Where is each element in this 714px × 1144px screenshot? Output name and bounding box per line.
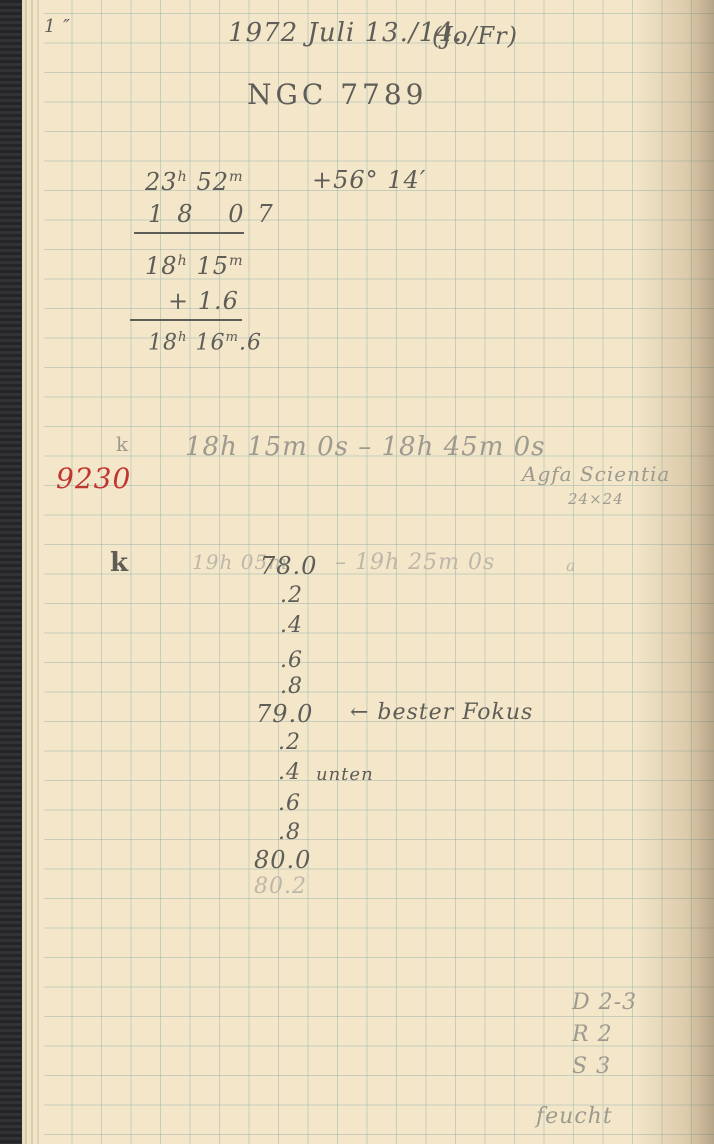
ra-line-1: 23h 52m xyxy=(145,168,244,196)
addend: + 1.6 xyxy=(168,287,239,315)
exposure-1-mark: k xyxy=(116,432,129,456)
focus-value: 80.0 xyxy=(254,846,311,874)
page-edges xyxy=(22,0,44,1144)
focus-value: .4 xyxy=(280,613,303,638)
sum-rule-2 xyxy=(130,319,242,321)
observer-initials: (Jo/Fr) xyxy=(432,22,518,50)
focus-value: .4 xyxy=(278,760,301,785)
sum-rule-1 xyxy=(134,232,244,234)
focus-value: .2 xyxy=(280,583,303,608)
exposure-2-side-mark: a xyxy=(566,556,577,575)
focus-value: .2 xyxy=(278,730,301,755)
focus-value: .8 xyxy=(280,674,303,699)
focus-value: 79.0 xyxy=(256,700,313,728)
unten-note: unten xyxy=(316,764,374,785)
exposure-1-time-range: 18h 15m 0s – 18h 45m 0s xyxy=(185,432,546,462)
exposure-2-mark: k xyxy=(110,548,129,578)
ra-line-2: 18 07 xyxy=(148,200,287,228)
exposure-2-end-faint: – 19h 25m 0s xyxy=(335,550,495,575)
plate-type: Agfa Scientia xyxy=(522,462,670,486)
result-line-1: 18h 15m xyxy=(145,252,244,280)
focus-value-faint: 80.2 xyxy=(254,874,307,899)
declination: +56° 14′ xyxy=(312,166,426,194)
result-line-2: 18h 16m.6 xyxy=(148,330,262,355)
focus-value: 78.0 xyxy=(260,552,317,580)
observation-date: 1972 Juli 13./14. xyxy=(228,18,463,48)
remark-feucht: feucht xyxy=(536,1104,613,1129)
focus-value: .6 xyxy=(280,648,303,673)
notebook-binding xyxy=(0,0,22,1144)
plate-number: 9230 xyxy=(56,462,131,495)
object-name: NGC 7789 xyxy=(247,78,427,111)
focus-value: .6 xyxy=(278,791,301,816)
plate-size: 24×24 xyxy=(568,490,624,508)
corner-mark: 1 ″ xyxy=(44,16,71,37)
focus-value: .8 xyxy=(278,820,301,845)
best-focus-note: ← bester Fokus xyxy=(350,700,533,725)
condition-row-d: D 2-3 xyxy=(572,990,637,1015)
condition-row-s: S 3 xyxy=(572,1054,611,1079)
condition-row-r: R 2 xyxy=(572,1022,613,1047)
